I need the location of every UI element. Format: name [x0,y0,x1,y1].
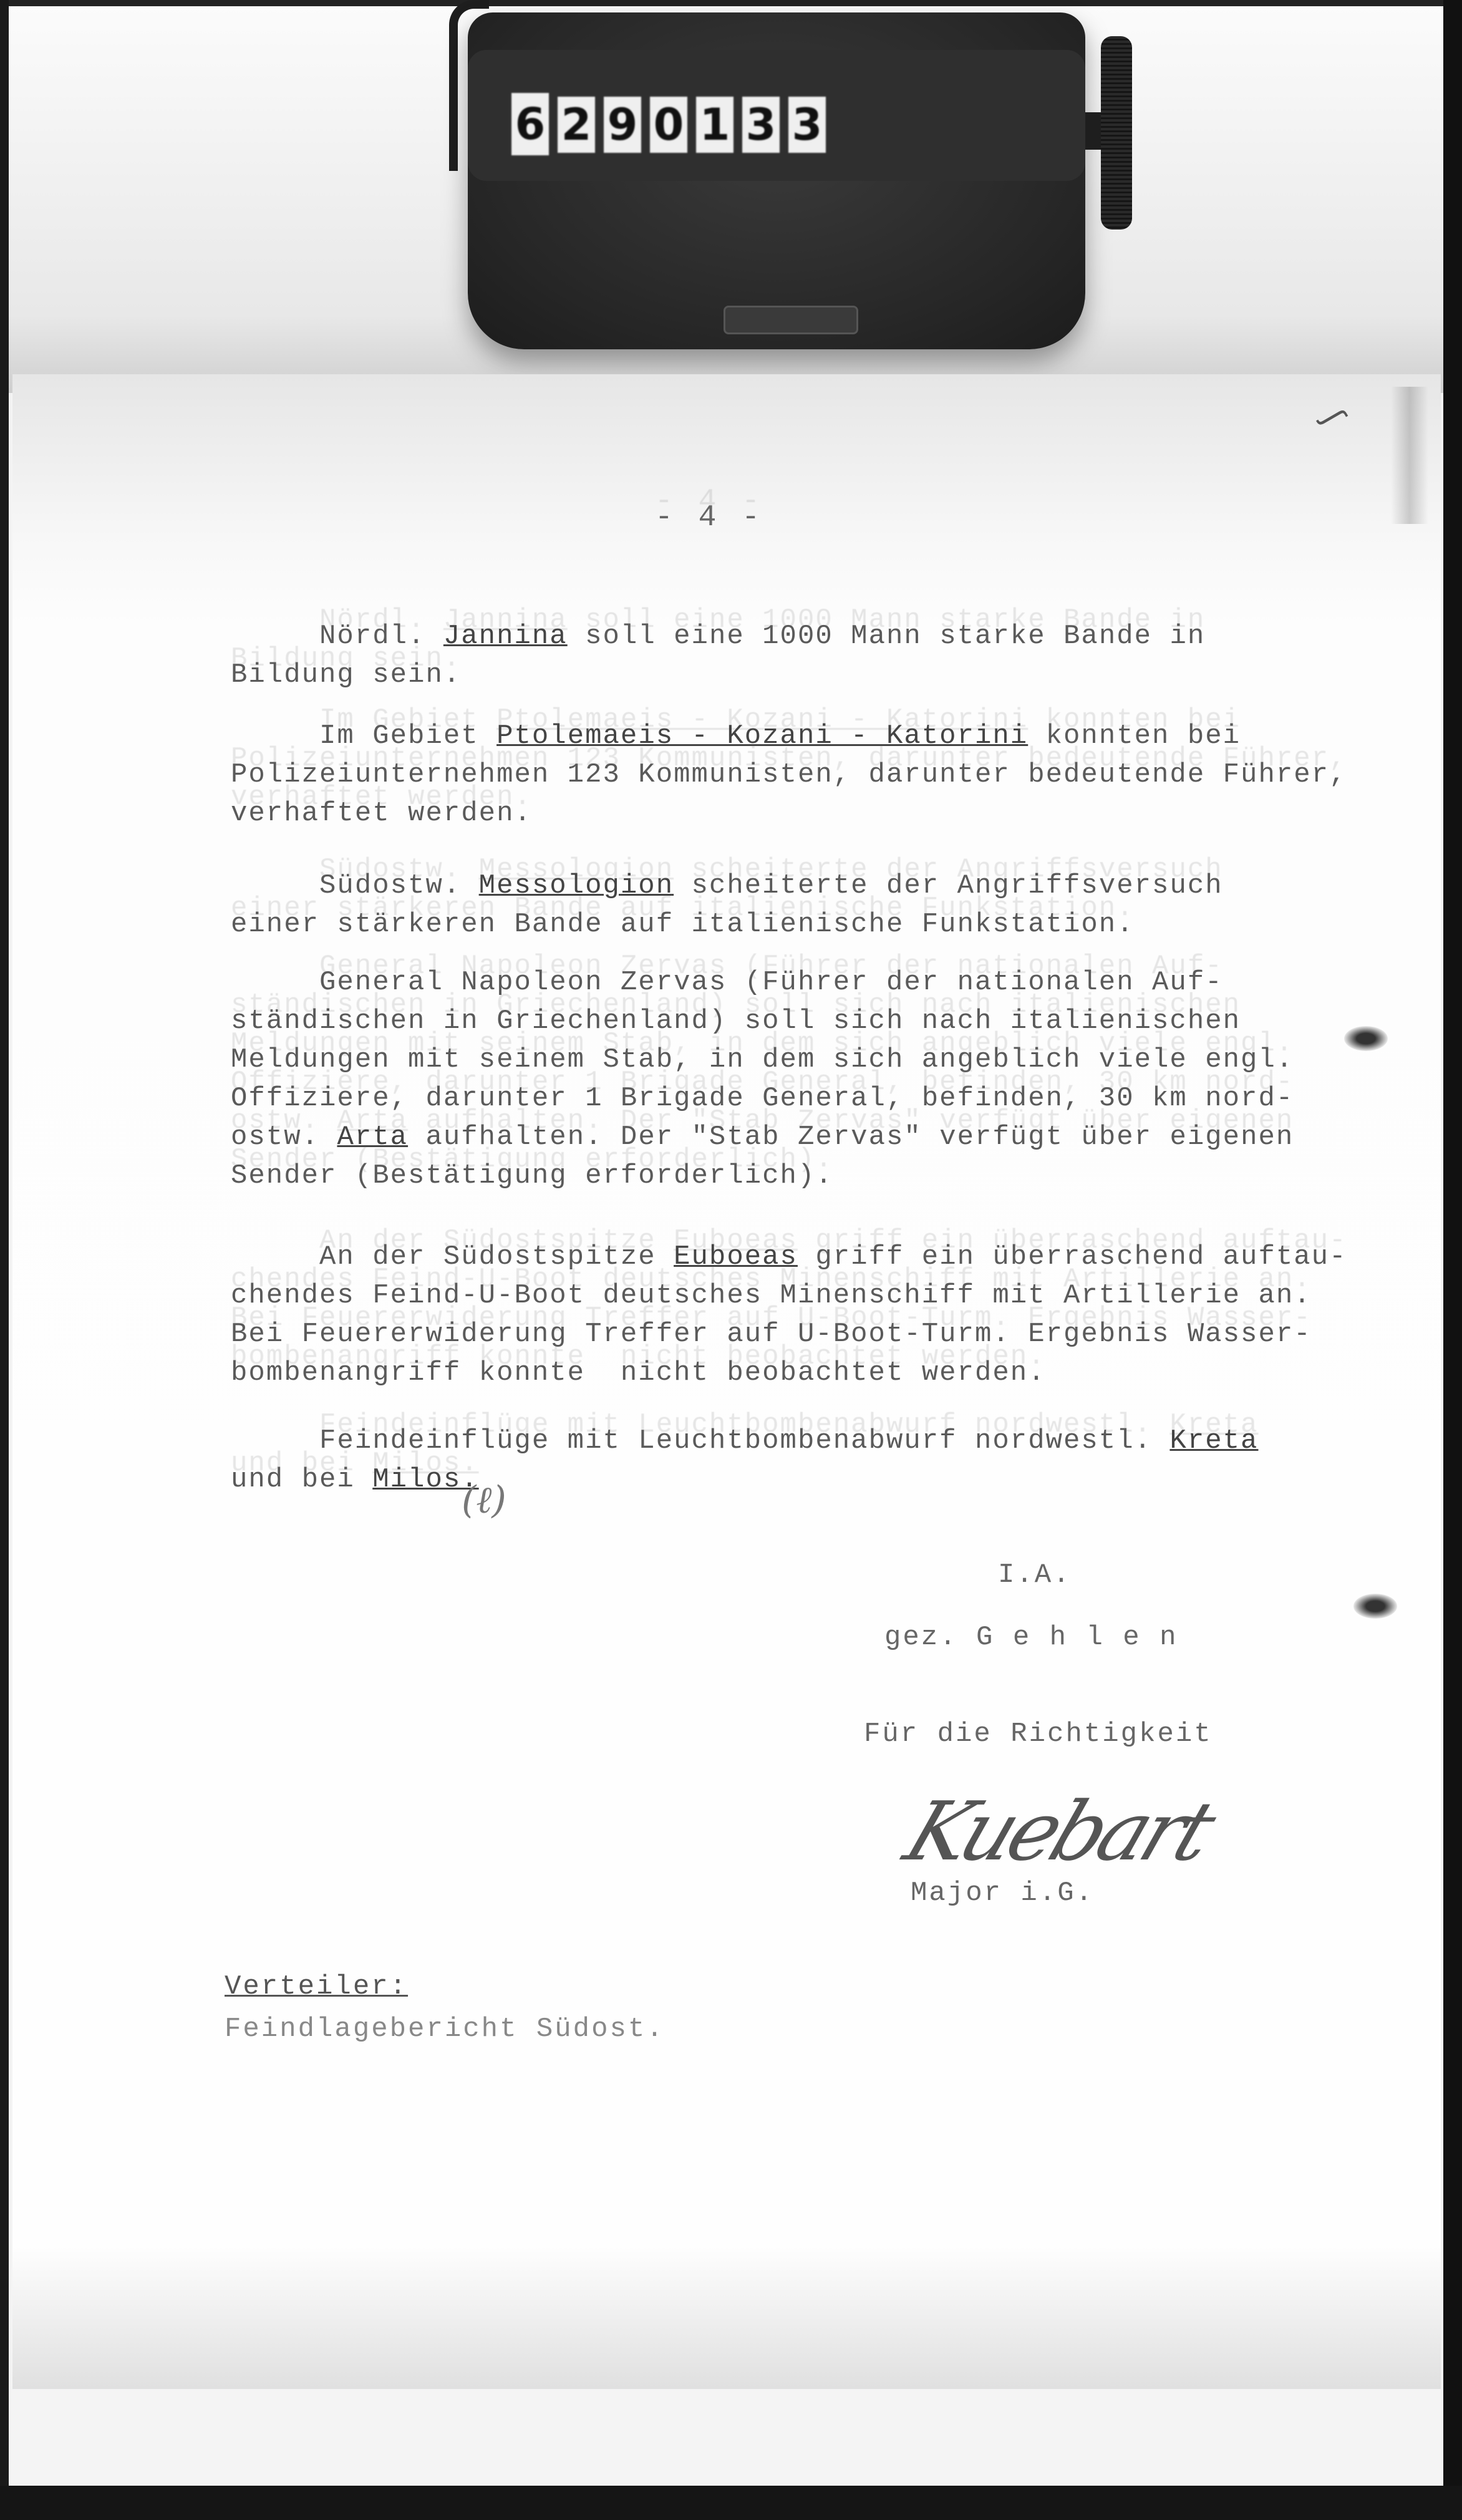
counter-digit: 3 [742,97,780,153]
paragraph: Nördl. Jannina soll eine 1000 Mann stark… [231,618,1329,695]
text-line: chendes Feind-U-Boot deutsches Minenschi… [231,1277,1329,1316]
text-line: Polizeiunternehmen 123 Kommunisten, daru… [231,756,1329,795]
text-line: Sender (Bestätigung erforderlich). [231,1157,1329,1196]
text-segment: Im Gebiet [231,720,496,752]
counter-body: 6 2 9 0 1 3 3 [468,12,1085,349]
sig-rank: Major i.G. [911,1878,1094,1909]
text-segment: verhaftet werden. [231,798,532,829]
counter-digit: 3 [788,97,826,153]
text-segment: chendes Feind-U-Boot deutsches Minenschi… [231,1280,1312,1311]
text-segment: Polizeiunternehmen 123 Kommunisten, daru… [231,759,1347,790]
counter-digit: 2 [558,97,595,153]
underlined-place-name: Ptolemaeis - Kozani - Katorini [496,720,1028,752]
underlined-place-name: Messologion [479,870,674,901]
underlined-place-name: Kreta [1169,1425,1258,1456]
paragraph: General Napoleon Zervas (Führer der nati… [231,964,1329,1196]
underlined-place-name: Euboeas [674,1241,798,1272]
text-line: Meldungen mit seinem Stab, in dem sich a… [231,1041,1329,1080]
film-border-bottom [0,2486,1462,2520]
film-border-left [0,0,9,2520]
text-line: Offiziere, darunter 1 Brigade General, b… [231,1080,1329,1118]
handwritten-initials: (ℓ) [462,1478,506,1522]
punch-hole-icon [1353,1594,1397,1619]
text-line: einer stärkeren Bande auf italienische F… [231,906,1329,944]
text-line: bombenangriff konnte nicht beobachtet we… [231,1354,1329,1393]
underlined-place-name: Jannina [443,621,568,652]
text-segment: griff ein überraschend auftau- [798,1241,1347,1272]
text-line: ständischen in Griechenland) soll sich n… [231,1002,1329,1041]
text-line: An der Südostspitze Euboeas griff ein üb… [231,1238,1329,1277]
text-line: Nördl. Jannina soll eine 1000 Mann stark… [231,618,1329,656]
text-line: ostw. Arta aufhalten. Der "Stab Zervas" … [231,1118,1329,1157]
paragraph: Feindeinflüge mit Leuchtbombenabwurf nor… [231,1422,1329,1500]
paper-fold-shadow [1391,387,1428,524]
text-segment: soll eine 1000 Mann starke Bande in [568,621,1206,652]
text-line: und bei Milos. [231,1461,1329,1500]
counter-knob [1101,36,1132,230]
sig-i-a: I.A. [998,1559,1072,1591]
frame-counter-device: 6 2 9 0 1 3 3 [449,0,1166,374]
text-segment: General Napoleon Zervas (Führer der nati… [231,967,1223,998]
paragraph: Südostw. Messologion scheiterte der Angr… [231,867,1329,944]
text-segment: ständischen in Griechenland) soll sich n… [231,1006,1241,1037]
page-number: - 4 - [655,499,763,536]
text-segment: An der Südostspitze [231,1241,674,1272]
distribution-entry: Feindlagebericht Südost. [225,2014,665,2045]
text-segment: und bei [231,1464,372,1495]
counter-plate [724,306,858,334]
text-segment: Offiziere, darunter 1 Brigade General, b… [231,1083,1294,1114]
text-segment: Bildung sein. [231,659,461,691]
text-segment: einer stärkeren Bande auf italienische F… [231,909,1135,940]
text-line: Feindeinflüge mit Leuchtbombenabwurf nor… [231,1422,1329,1461]
text-segment: aufhalten. Der "Stab Zervas" verfügt übe… [408,1122,1294,1153]
paragraph: Im Gebiet Ptolemaeis - Kozani - Katorini… [231,717,1329,833]
handwritten-signature: Kuebart [893,1784,1223,1879]
text-segment: ostw. [231,1122,337,1153]
film-border-right [1443,0,1462,2520]
text-segment: bombenangriff konnte nicht beobachtet we… [231,1357,1046,1388]
paragraph: An der Südostspitze Euboeas griff ein üb… [231,1238,1329,1393]
text-segment: Bei Feuererwiderung Treffer auf U-Boot-T… [231,1319,1312,1350]
text-segment: Südostw. [231,870,479,901]
counter-digit: 9 [604,97,641,153]
text-line: Bei Feuererwiderung Treffer auf U-Boot-T… [231,1316,1329,1354]
punch-hole-icon [1344,1026,1388,1051]
text-line: Südostw. Messologion scheiterte der Angr… [231,867,1329,906]
text-segment: Feindeinflüge mit Leuchtbombenabwurf nor… [231,1425,1169,1456]
text-segment: Sender (Bestätigung erforderlich). [231,1160,833,1191]
text-line: General Napoleon Zervas (Führer der nati… [231,964,1329,1002]
counter-digit: 6 [511,93,549,155]
text-line: verhaftet werden. [231,795,1329,833]
text-segment: konnten bei [1028,720,1241,752]
sig-signed-by: gez. G e h l e n [884,1622,1178,1653]
sig-certification: Für die Richtigkeit [864,1718,1213,1750]
underlined-place-name: Arta [337,1122,408,1153]
text-segment: scheiterte der Angriffsversuch [674,870,1223,901]
text-line: Im Gebiet Ptolemaeis - Kozani - Katorini… [231,717,1329,756]
counter-digit: 0 [650,97,687,153]
text-segment: Nördl. [231,621,443,652]
text-segment: Meldungen mit seinem Stab, in dem sich a… [231,1044,1294,1075]
text-line: Bildung sein. [231,656,1329,695]
distribution-heading: Verteiler: [225,1971,408,2002]
counter-digits: 6 2 9 0 1 3 3 [511,97,826,155]
counter-digit: 1 [696,97,733,153]
